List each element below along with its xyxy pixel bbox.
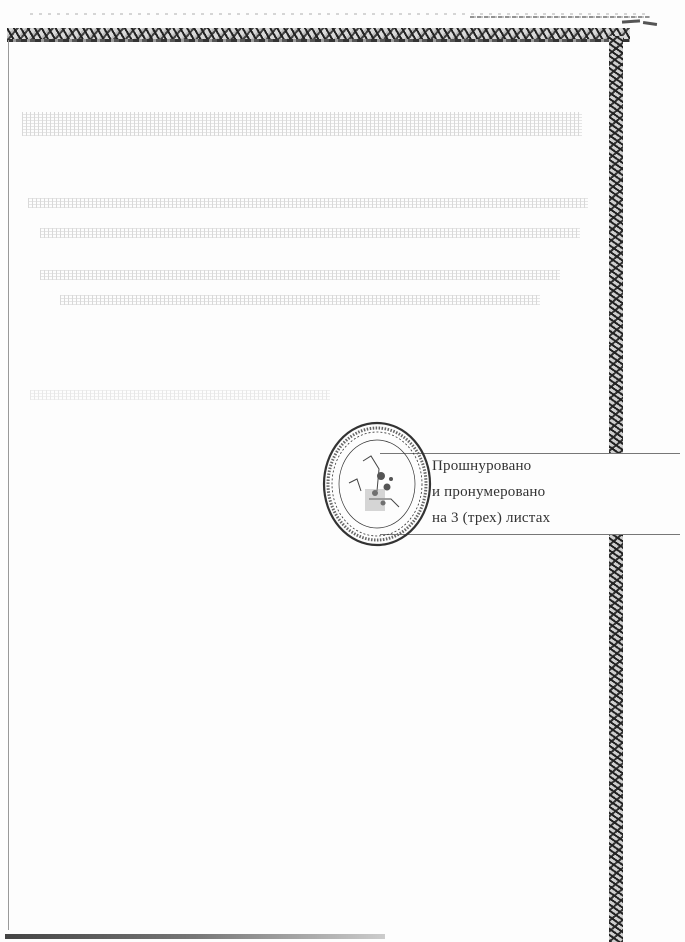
border-bottom-line	[5, 934, 385, 939]
faded-text-line	[30, 390, 330, 400]
faded-text-line	[28, 198, 588, 208]
label-line-laced: Прошнуровано	[432, 458, 531, 475]
binding-certification-label: Прошнуровано и пронумеровано на 3 (трех)…	[380, 453, 680, 535]
faded-heading	[22, 112, 582, 136]
scan-artifact-top-right	[470, 16, 650, 18]
border-left-line	[8, 40, 9, 930]
faded-text-line	[40, 228, 580, 238]
label-line-numbered: и пронумеровано	[432, 484, 545, 501]
scan-artifact-top	[30, 13, 650, 15]
ornamental-border-top	[7, 28, 630, 42]
label-line-sheet-count: на 3 (трех) листах	[432, 510, 550, 527]
scan-mark	[622, 19, 640, 23]
faded-text-line	[40, 270, 560, 280]
faded-text-line	[60, 295, 540, 305]
scan-mark	[643, 21, 657, 26]
